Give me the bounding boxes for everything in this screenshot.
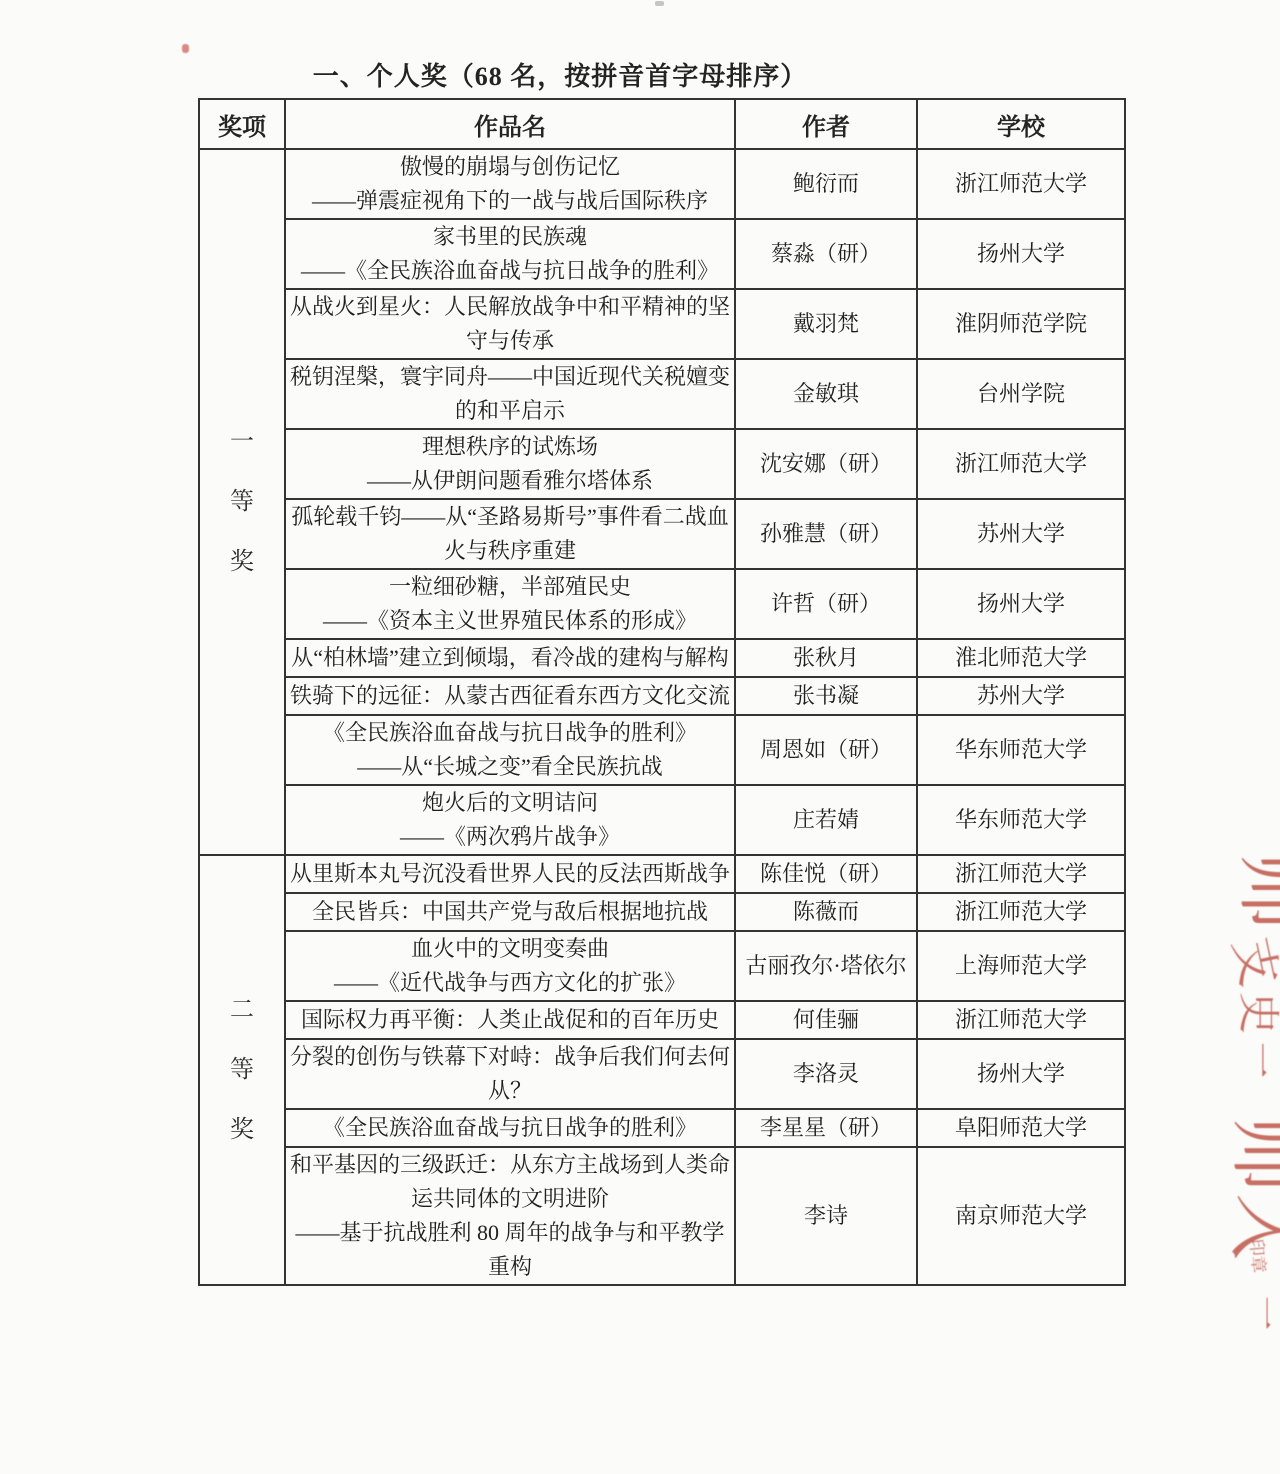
school-name: 浙江师范大学 xyxy=(917,1001,1125,1039)
table-row: 一粒细砂糖，半部殖民史 ——《资本主义世界殖民体系的形成》许哲（研）扬州大学 xyxy=(199,569,1125,639)
school-name: 浙江师范大学 xyxy=(917,149,1125,219)
table-row: 二等奖从里斯本丸号沉没看世界人民的反法西斯战争陈佳悦（研）浙江师范大学 xyxy=(199,855,1125,893)
table-row: 家书里的民族魂 ——《全民族浴血奋战与抗日战争的胜利》蔡淼（研）扬州大学 xyxy=(199,219,1125,289)
author-name: 陈薇而 xyxy=(735,893,917,931)
author-name: 古丽孜尔·塔依尔 xyxy=(735,931,917,1001)
seal-fragment: 一 xyxy=(1242,1042,1278,1078)
author-name: 何佳骊 xyxy=(735,1001,917,1039)
table-row: 炮火后的文明诘问 ——《两次鸦片战争》庄若婧华东师范大学 xyxy=(199,785,1125,855)
table-row: 《全民族浴血奋战与抗日战争的胜利》李星星（研）阜阳师范大学 xyxy=(199,1109,1125,1147)
table-row: 理想秩序的试炼场 ——从伊朗问题看雅尔塔体系沈安娜（研）浙江师范大学 xyxy=(199,429,1125,499)
table-row: 税钥涅槃，寰宇同舟——中国近现代关税嬗变的和平启示金敏琪台州学院 xyxy=(199,359,1125,429)
work-title: 全民皆兵：中国共产党与敌后根据地抗战 xyxy=(285,893,735,931)
school-name: 华东师范大学 xyxy=(917,715,1125,785)
work-title: 从里斯本丸号沉没看世界人民的反法西斯战争 xyxy=(285,855,735,893)
author-name: 张秋月 xyxy=(735,639,917,677)
school-name: 扬州大学 xyxy=(917,1039,1125,1109)
header-work: 作品名 xyxy=(285,99,735,149)
table-row: 分裂的创伤与铁幕下对峙：战争后我们何去何从？李洛灵扬州大学 xyxy=(199,1039,1125,1109)
school-name: 淮北师范大学 xyxy=(917,639,1125,677)
work-title: 国际权力再平衡：人类止战促和的百年历史 xyxy=(285,1001,735,1039)
author-name: 李诗 xyxy=(735,1147,917,1285)
school-name: 上海师范大学 xyxy=(917,931,1125,1001)
seal-fragment: 支 xyxy=(1226,934,1280,991)
author-name: 庄若婧 xyxy=(735,785,917,855)
awards-table-body: 一等奖傲慢的崩塌与创伤记忆 ——弹震症视角下的一战与战后国际秩序鲍衍而浙江师范大… xyxy=(199,149,1125,1285)
work-title: 理想秩序的试炼场 ——从伊朗问题看雅尔塔体系 xyxy=(285,429,735,499)
school-name: 扬州大学 xyxy=(917,569,1125,639)
table-row: 国际权力再平衡：人类止战促和的百年历史何佳骊浙江师范大学 xyxy=(199,1001,1125,1039)
work-title: 炮火后的文明诘问 ——《两次鸦片战争》 xyxy=(285,785,735,855)
school-name: 南京师范大学 xyxy=(917,1147,1125,1285)
author-name: 陈佳悦（研） xyxy=(735,855,917,893)
work-title: 傲慢的崩塌与创伤记忆 ——弹震症视角下的一战与战后国际秩序 xyxy=(285,149,735,219)
red-mark-artifact xyxy=(182,44,189,53)
author-name: 戴羽梵 xyxy=(735,289,917,359)
work-title: 从战火到星火：人民解放战争中和平精神的坚守与传承 xyxy=(285,289,735,359)
table-row: 从“柏林墙”建立到倾塌，看冷战的建构与解构张秋月淮北师范大学 xyxy=(199,639,1125,677)
award-tier-cell: 一等奖 xyxy=(199,149,285,855)
table-row: 孤轮载千钧——从“圣路易斯号”事件看二战血火与秩序重建孙雅慧（研）苏州大学 xyxy=(199,499,1125,569)
table-row: 和平基因的三级跃迁：从东方主战场到人类命运共同体的文明进阶 ——基于抗战胜利 8… xyxy=(199,1147,1125,1285)
table-row: 血火中的文明变奏曲 ——《近代战争与西方文化的扩张》古丽孜尔·塔依尔上海师范大学 xyxy=(199,931,1125,1001)
work-title: 孤轮载千钧——从“圣路易斯号”事件看二战血火与秩序重建 xyxy=(285,499,735,569)
award-tier-label: 二等奖 xyxy=(229,980,255,1160)
scan-speck-artifact xyxy=(655,1,664,6)
header-author: 作者 xyxy=(735,99,917,149)
work-title: 《全民族浴血奋战与抗日战争的胜利》 xyxy=(285,1109,735,1147)
author-name: 蔡淼（研） xyxy=(735,219,917,289)
award-tier-label: 一等奖 xyxy=(229,412,255,592)
work-title: 血火中的文明变奏曲 ——《近代战争与西方文化的扩张》 xyxy=(285,931,735,1001)
author-name: 沈安娜（研） xyxy=(735,429,917,499)
table-row: 一等奖傲慢的崩塌与创伤记忆 ——弹震症视角下的一战与战后国际秩序鲍衍而浙江师范大… xyxy=(199,149,1125,219)
header-school: 学校 xyxy=(917,99,1125,149)
award-tier-cell: 二等奖 xyxy=(199,855,285,1285)
school-name: 阜阳师范大学 xyxy=(917,1109,1125,1147)
work-title: 分裂的创伤与铁幕下对峙：战争后我们何去何从？ xyxy=(285,1039,735,1109)
seal-fragment: 印章 xyxy=(1245,1238,1268,1278)
seal-fragment: 师 xyxy=(1234,852,1280,932)
school-name: 淮阴师范学院 xyxy=(917,289,1125,359)
author-name: 张书凝 xyxy=(735,677,917,715)
author-name: 李星星（研） xyxy=(735,1109,917,1147)
work-title: 税钥涅槃，寰宇同舟——中国近现代关税嬗变的和平启示 xyxy=(285,359,735,429)
table-row: 全民皆兵：中国共产党与敌后根据地抗战陈薇而浙江师范大学 xyxy=(199,893,1125,931)
seal-fragment: 史 xyxy=(1236,992,1278,1034)
work-title: 和平基因的三级跃迁：从东方主战场到人类命运共同体的文明进阶 ——基于抗战胜利 8… xyxy=(285,1147,735,1285)
author-name: 周恩如（研） xyxy=(735,715,917,785)
school-name: 浙江师范大学 xyxy=(917,429,1125,499)
school-name: 苏州大学 xyxy=(917,677,1125,715)
table-header-row: 奖项 作品名 作者 学校 xyxy=(199,99,1125,149)
school-name: 扬州大学 xyxy=(917,219,1125,289)
table-row: 《全民族浴血奋战与抗日战争的胜利》 ——从“长城之变”看全民族抗战周恩如（研）华… xyxy=(199,715,1125,785)
school-name: 浙江师范大学 xyxy=(917,893,1125,931)
author-name: 鲍衍而 xyxy=(735,149,917,219)
work-title: 一粒细砂糖，半部殖民史 ——《资本主义世界殖民体系的形成》 xyxy=(285,569,735,639)
page-title: 一、个人奖（68 名，按拼音首字母排序） xyxy=(0,56,1120,93)
header-award: 奖项 xyxy=(199,99,285,149)
table-row: 从战火到星火：人民解放战争中和平精神的坚守与传承戴羽梵淮阴师范学院 xyxy=(199,289,1125,359)
work-title: 《全民族浴血奋战与抗日战争的胜利》 ——从“长城之变”看全民族抗战 xyxy=(285,715,735,785)
school-name: 苏州大学 xyxy=(917,499,1125,569)
work-title: 家书里的民族魂 ——《全民族浴血奋战与抗日战争的胜利》 xyxy=(285,219,735,289)
seal-fragment: 师 xyxy=(1228,1116,1280,1194)
work-title: 铁骑下的远征：从蒙古西征看东西方文化交流 xyxy=(285,677,735,715)
document-page: 一、个人奖（68 名，按拼音首字母排序） 奖项 作品名 作者 学校 一等奖傲慢的… xyxy=(0,0,1280,1474)
seal-fragment: 一 xyxy=(1246,1296,1280,1330)
author-name: 孙雅慧（研） xyxy=(735,499,917,569)
author-name: 许哲（研） xyxy=(735,569,917,639)
author-name: 金敏琪 xyxy=(735,359,917,429)
school-name: 浙江师范大学 xyxy=(917,855,1125,893)
work-title: 从“柏林墙”建立到倾塌，看冷战的建构与解构 xyxy=(285,639,735,677)
school-name: 华东师范大学 xyxy=(917,785,1125,855)
author-name: 李洛灵 xyxy=(735,1039,917,1109)
awards-table: 奖项 作品名 作者 学校 一等奖傲慢的崩塌与创伤记忆 ——弹震症视角下的一战与战… xyxy=(198,98,1126,1286)
school-name: 台州学院 xyxy=(917,359,1125,429)
seal-fragment: 入 xyxy=(1225,1193,1280,1266)
table-row: 铁骑下的远征：从蒙古西征看东西方文化交流张书凝苏州大学 xyxy=(199,677,1125,715)
